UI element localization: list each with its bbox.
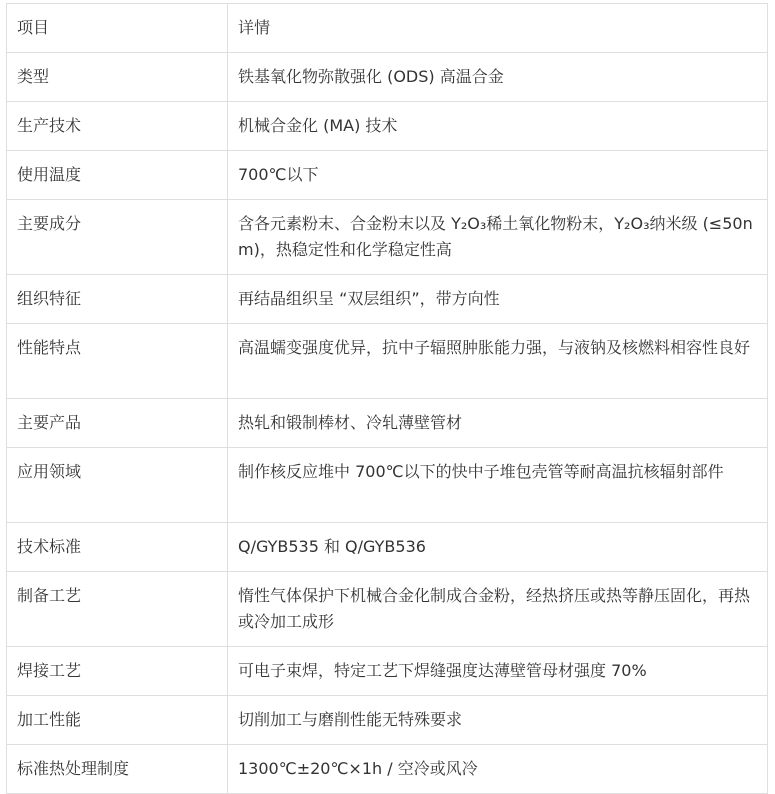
- table-row: 焊接工艺 可电子束焊，特定工艺下焊缝强度达薄壁管母材强度 70%: [7, 647, 768, 696]
- row-label: 主要产品: [7, 399, 228, 448]
- table-row: 类型 铁基氧化物弥散强化 (ODS) 高温合金: [7, 53, 768, 102]
- table-row: 性能特点 高温蠕变强度优异，抗中子辐照肿胀能力强，与液钠及核燃料相容性良好: [7, 324, 768, 399]
- table-row: 主要成分 含各元素粉末、合金粉末以及 Y₂O₃稀土氧化物粉末，Y₂O₃纳米级 (…: [7, 200, 768, 275]
- alloy-spec-table: 项目 详情 类型 铁基氧化物弥散强化 (ODS) 高温合金 生产技术 机械合金化…: [6, 3, 768, 790]
- row-value: 可电子束焊，特定工艺下焊缝强度达薄壁管母材强度 70%: [228, 647, 768, 696]
- row-label: 焊接工艺: [7, 647, 228, 696]
- table-row: 使用温度 700℃以下: [7, 151, 768, 200]
- row-label: 性能特点: [7, 324, 228, 399]
- table-row: 主要产品 热轧和锻制棒材、冷轧薄壁管材: [7, 399, 768, 448]
- row-value: 切削加工与磨削性能无特殊要求: [228, 696, 768, 745]
- row-label: 使用温度: [7, 151, 228, 200]
- row-label: 应用领域: [7, 448, 228, 523]
- row-value: 机械合金化 (MA) 技术: [228, 102, 768, 151]
- row-label: 制备工艺: [7, 572, 228, 647]
- row-label: 标准热处理制度: [7, 745, 228, 791]
- row-value: 热轧和锻制棒材、冷轧薄壁管材: [228, 399, 768, 448]
- table-row: 标准热处理制度 1300℃±20℃×1h / 空冷或风冷: [7, 745, 768, 791]
- row-label: 加工性能: [7, 696, 228, 745]
- row-value: 高温蠕变强度优异，抗中子辐照肿胀能力强，与液钠及核燃料相容性良好: [228, 324, 768, 399]
- row-value: Q/GYB535 和 Q/GYB536: [228, 523, 768, 572]
- row-value: 700℃以下: [228, 151, 768, 200]
- row-value: 再结晶组织呈 “双层组织”，带方向性: [228, 275, 768, 324]
- row-label: 组织特征: [7, 275, 228, 324]
- table-row: 加工性能 切削加工与磨削性能无特殊要求: [7, 696, 768, 745]
- row-label: 技术标准: [7, 523, 228, 572]
- row-label: 生产技术: [7, 102, 228, 151]
- row-label: 主要成分: [7, 200, 228, 275]
- row-value: 惰性气体保护下机械合金化制成合金粉，经热挤压或热等静压固化，再热或冷加工成形: [228, 572, 768, 647]
- row-label: 类型: [7, 53, 228, 102]
- row-value: 铁基氧化物弥散强化 (ODS) 高温合金: [228, 53, 768, 102]
- table-row: 生产技术 机械合金化 (MA) 技术: [7, 102, 768, 151]
- table-row: 应用领域 制作核反应堆中 700℃以下的快中子堆包壳管等耐高温抗核辐射部件: [7, 448, 768, 523]
- row-value: 含各元素粉末、合金粉末以及 Y₂O₃稀土氧化物粉末，Y₂O₃纳米级 (≤50nm…: [228, 200, 768, 275]
- table-header-row: 项目 详情: [7, 4, 768, 53]
- table-row: 制备工艺 惰性气体保护下机械合金化制成合金粉，经热挤压或热等静压固化，再热或冷加…: [7, 572, 768, 647]
- table-row: 技术标准 Q/GYB535 和 Q/GYB536: [7, 523, 768, 572]
- header-detail: 详情: [228, 4, 768, 53]
- row-value: 1300℃±20℃×1h / 空冷或风冷: [228, 745, 768, 791]
- table-row: 组织特征 再结晶组织呈 “双层组织”，带方向性: [7, 275, 768, 324]
- row-value: 制作核反应堆中 700℃以下的快中子堆包壳管等耐高温抗核辐射部件: [228, 448, 768, 523]
- header-item: 项目: [7, 4, 228, 53]
